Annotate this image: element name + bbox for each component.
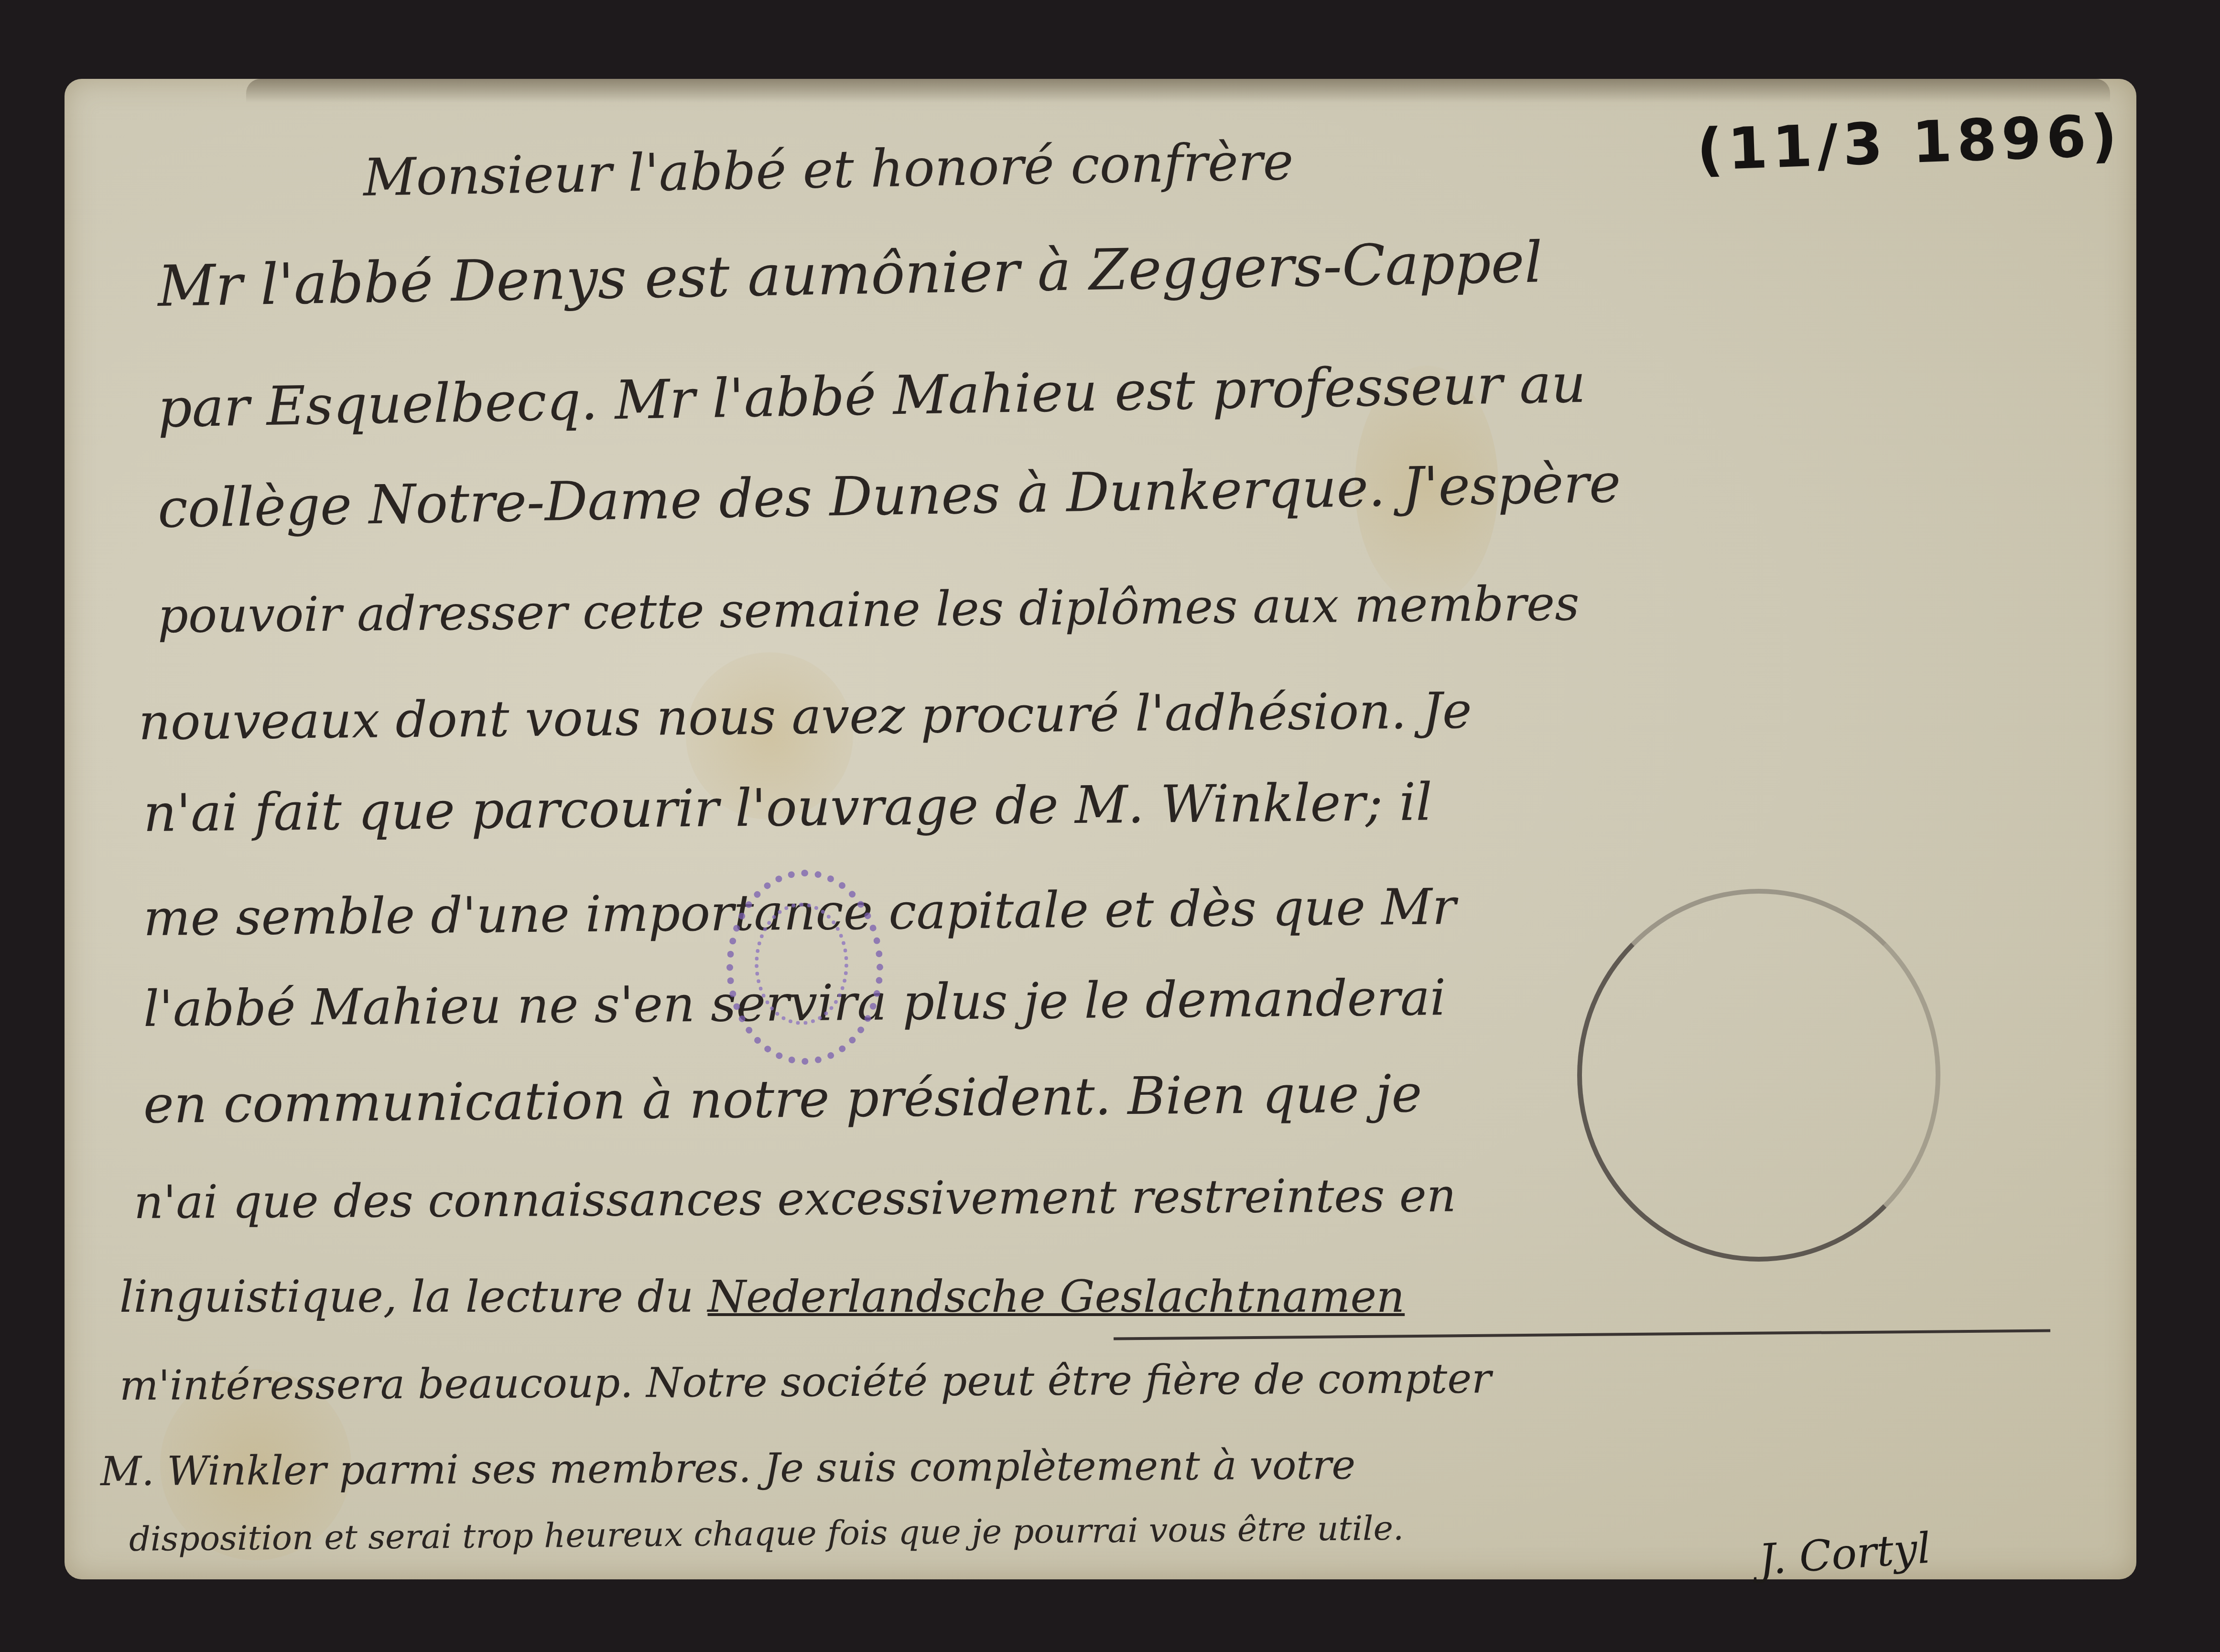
underlined-title: Nederlandsche Geslachtnamen: [708, 1271, 1405, 1322]
text-run: linguistique, la lecture du: [119, 1271, 708, 1322]
circular-postmark: [1577, 889, 1940, 1262]
letter-line: M. Winkler parmi ses membres. Je suis co…: [100, 1441, 1355, 1495]
letter-line: nouveaux dont vous nous avez procuré l'a…: [138, 681, 1472, 751]
letter-line: en communication à notre président. Bien…: [143, 1064, 1422, 1135]
letter-line: m'intéressera beaucoup. Notre société pe…: [119, 1355, 1492, 1410]
letter-line: linguistique, la lecture du Nederlandsch…: [119, 1271, 1405, 1322]
letter-line: n'ai que des connaissances excessivement…: [134, 1169, 1456, 1229]
purple-oval-stamp: [726, 870, 883, 1065]
letter-line: n'ai fait que parcourir l'ouvrage de M. …: [143, 772, 1432, 843]
